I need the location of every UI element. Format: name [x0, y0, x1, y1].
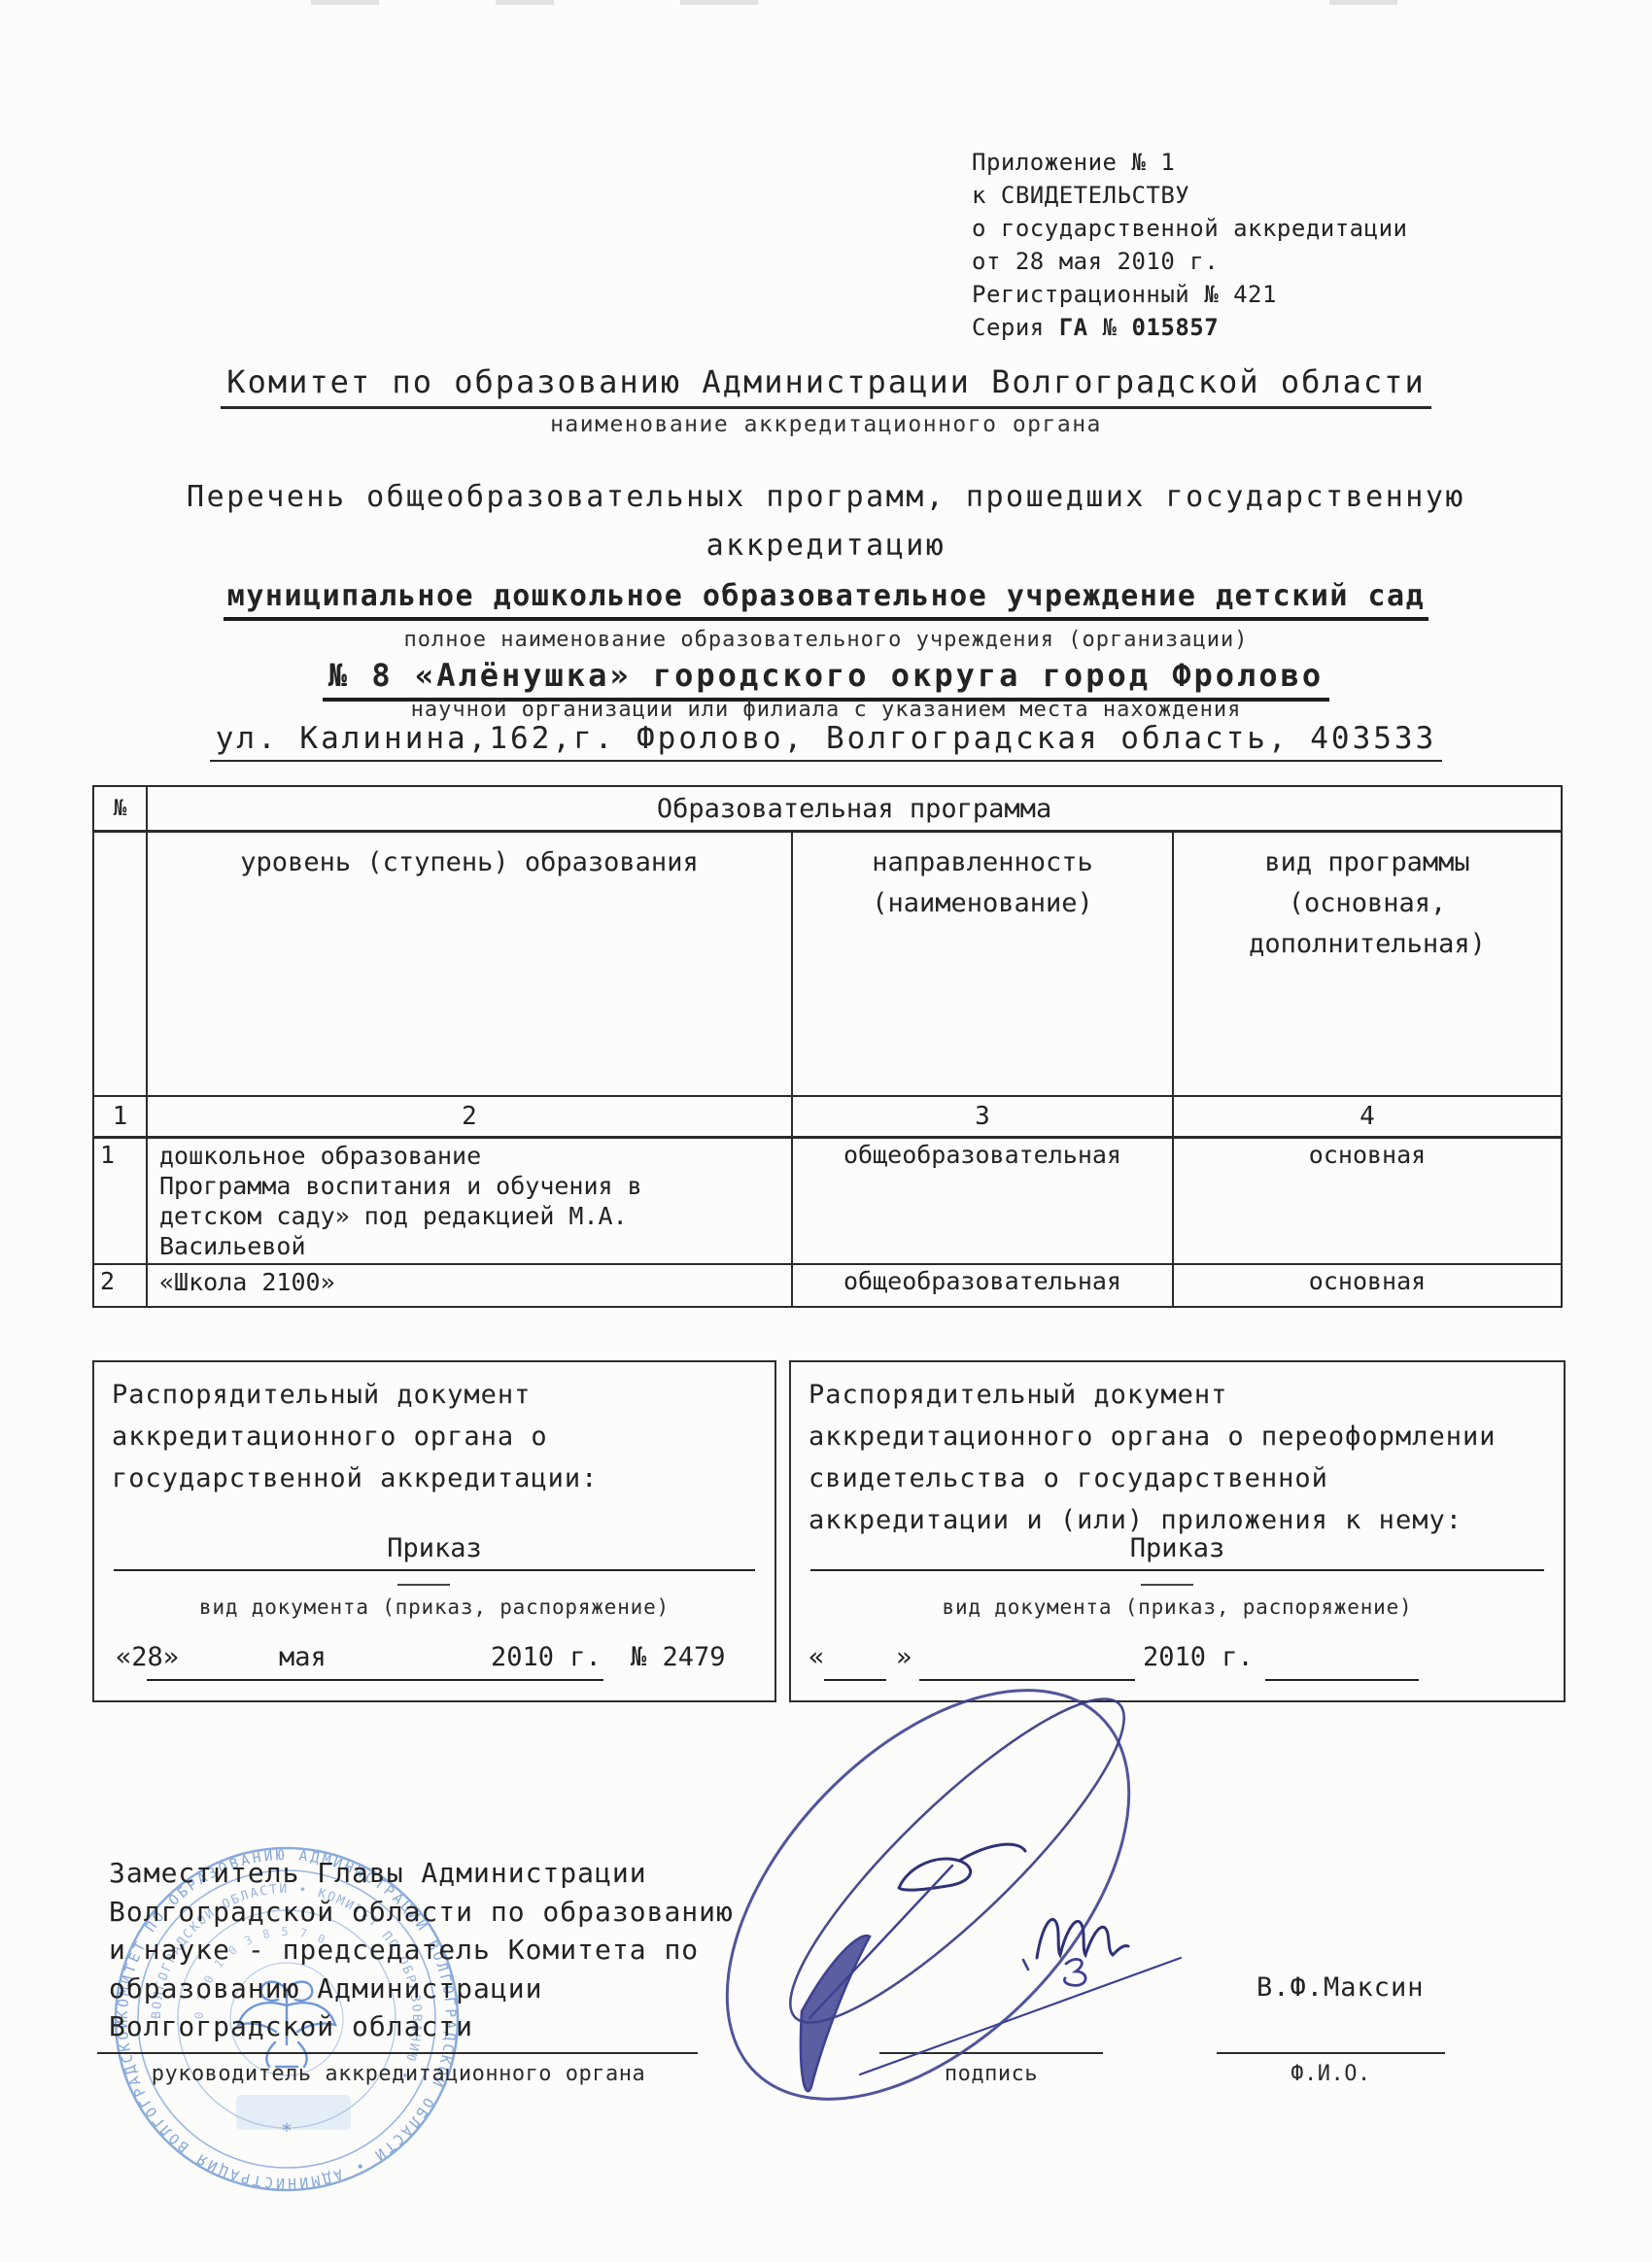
signature-monogram	[1037, 1919, 1128, 1958]
organization-name-row-2: № 8 «Алёнушка» городского округа город Ф…	[0, 657, 1652, 702]
organization-name-row-1: муниципальное дошкольное образовательное…	[0, 579, 1652, 621]
ref-line: о государственной аккредитации	[972, 212, 1407, 245]
caption-text: вид документа (приказ, распоряжение)	[943, 1595, 1413, 1619]
heading-line: Распорядительный документ	[809, 1374, 1496, 1416]
ref-line: к СВИДЕТЕЛЬСТВУ	[972, 179, 1407, 212]
order-doc-type: Приказ	[810, 1533, 1544, 1571]
row-kind: основная	[1173, 1264, 1562, 1307]
col-header-level: уровень (ступень) образования	[147, 832, 792, 1097]
signatory-name: В.Ф.Максин	[1256, 1972, 1425, 2003]
scan-artifact	[680, 0, 758, 5]
col-group-header: Образовательная программа	[147, 786, 1562, 832]
order-box-heading: Распорядительный документ аккредитационн…	[112, 1374, 598, 1499]
scan-artifact	[496, 0, 554, 5]
position-line: Заместитель Главы Администрации	[109, 1854, 734, 1893]
row-number: 1	[93, 1138, 147, 1265]
caption-text: вид документа (приказ, распоряжение)	[199, 1595, 670, 1619]
subject-line: Перечень общеобразовательных программ, п…	[0, 473, 1652, 522]
heading-line: Распорядительный документ	[112, 1374, 598, 1416]
table-index-row: 1 2 3 4	[93, 1096, 1562, 1138]
order-doc-number: № 2479	[631, 1642, 726, 1672]
row-number: 2	[93, 1264, 147, 1307]
reissue-order-box: Распорядительный документ аккредитационн…	[789, 1360, 1566, 1702]
ref-line: Приложение № 1	[972, 146, 1407, 179]
index-cell: 3	[792, 1096, 1173, 1138]
ref-line: Регистрационный № 421	[972, 278, 1407, 311]
caption-overline	[397, 1584, 450, 1586]
order-date-year: 2010 г.	[491, 1642, 602, 1672]
order-date-day: «28»	[116, 1642, 179, 1672]
row-level: «Школа 2100»	[147, 1264, 792, 1307]
date-underline	[1265, 1679, 1419, 1681]
series-code: ГА	[1059, 314, 1088, 341]
order-date-row: «28» мая 2010 г. № 2479	[94, 1642, 774, 1685]
index-cell: 2	[147, 1096, 792, 1138]
fio-line	[1217, 2052, 1445, 2054]
order-box-heading: Распорядительный документ аккредитационн…	[809, 1374, 1496, 1541]
position-line: Волгоградской области по образованию	[109, 1893, 734, 1932]
position-line: Волгоградской области	[109, 2007, 734, 2046]
table-row: 2 «Школа 2100» общеобразовательная основ…	[93, 1264, 1562, 1307]
order-doc-caption: вид документа (приказ, распоряжение)	[94, 1595, 774, 1619]
organization-name-continued: № 8 «Алёнушка» городского округа город Ф…	[323, 657, 1329, 702]
heading-line: государственной аккредитации:	[112, 1457, 598, 1499]
document-page: Приложение № 1 к СВИДЕТЕЛЬСТВУ о государ…	[0, 0, 1652, 2262]
signatory-position-block: Заместитель Главы Администрации Волгогра…	[109, 1854, 734, 2046]
col-header-kind: вид программы (основная, дополнительная)	[1173, 832, 1562, 1097]
certificate-series: Серия ГА № 015857	[972, 311, 1407, 344]
signature-outer-loop	[714, 1666, 1204, 2172]
heading-line: свидетельства о государственной	[809, 1457, 1496, 1499]
index-cell: 1	[93, 1096, 147, 1138]
ref-line: от 28 мая 2010 г.	[972, 245, 1407, 278]
row-orientation: общеобразовательная	[792, 1138, 1173, 1265]
organization-caption-1: полное наименование образовательного учр…	[0, 628, 1652, 652]
issuer-title-row: Комитет по образованию Администрации Вол…	[0, 363, 1652, 409]
series-label: Серия	[972, 314, 1059, 341]
stamp-center-mark: *	[281, 2119, 293, 2142]
date-underline	[147, 1679, 603, 1681]
caption-overline	[1141, 1584, 1193, 1586]
position-line: образованию Администрации	[109, 1970, 734, 2008]
page-title: Комитет по образованию Администрации Вол…	[221, 363, 1430, 409]
subject-line: аккредитацию	[0, 522, 1652, 570]
row-orientation: общеобразовательная	[792, 1264, 1173, 1307]
series-number: 015857	[1131, 314, 1219, 341]
col-header-empty	[93, 832, 147, 1097]
signature-stroke	[1023, 1960, 1028, 1970]
scan-artifact	[1329, 0, 1397, 5]
issuer-caption: наименование аккредитационного органа	[0, 412, 1652, 437]
stamp-smudge	[236, 2095, 351, 2130]
organization-address: ул. Калинина,162,г. Фролово, Волгоградск…	[210, 721, 1443, 762]
order-date-month: мая	[279, 1642, 327, 1672]
signature-wedge	[801, 1936, 870, 2091]
signature-stroke	[959, 1844, 1025, 1861]
table-header-row: уровень (ступень) образования направленн…	[93, 832, 1562, 1097]
role-signature-line	[97, 2052, 698, 2054]
table-row: 1 дошкольное образование Программа воспи…	[93, 1138, 1562, 1265]
organization-caption-2: научной организации или филиала с указан…	[0, 698, 1652, 722]
col-header-no: №	[93, 786, 147, 832]
row-kind: основная	[1173, 1138, 1562, 1265]
table-group-header-row: № Образовательная программа	[93, 786, 1562, 832]
organization-name: муниципальное дошкольное образовательное…	[224, 579, 1428, 621]
organization-address-row: ул. Калинина,162,г. Фролово, Волгоградск…	[0, 721, 1652, 762]
order-doc-caption: вид документа (приказ, распоряжение)	[791, 1595, 1564, 1619]
fio-caption: Ф.И.О.	[1217, 2062, 1445, 2086]
row-level: дошкольное образование Программа воспита…	[147, 1138, 792, 1265]
certificate-reference-block: Приложение № 1 к СВИДЕТЕЛЬСТВУ о государ…	[972, 146, 1407, 344]
index-cell: 4	[1173, 1096, 1562, 1138]
heading-line: аккредитационного органа о переоформлени…	[809, 1416, 1496, 1457]
series-no-sign: №	[1088, 314, 1132, 341]
scan-artifact	[311, 0, 379, 5]
role-caption: руководитель аккредитационного органа	[126, 2062, 671, 2086]
heading-line: аккредитационного органа о	[112, 1416, 598, 1457]
accreditation-order-box: Распорядительный документ аккредитационн…	[92, 1360, 776, 1702]
order-doc-type: Приказ	[114, 1533, 755, 1571]
handwritten-signature	[714, 1666, 1229, 2172]
document-subject: Перечень общеобразовательных программ, п…	[0, 473, 1652, 570]
position-line: и науке - председатель Комитета по	[109, 1931, 734, 1970]
signature-stroke	[1064, 1959, 1085, 1985]
programs-table: № Образовательная программа уровень (сту…	[92, 785, 1563, 1308]
col-header-orientation: направленность (наименование)	[792, 832, 1173, 1097]
